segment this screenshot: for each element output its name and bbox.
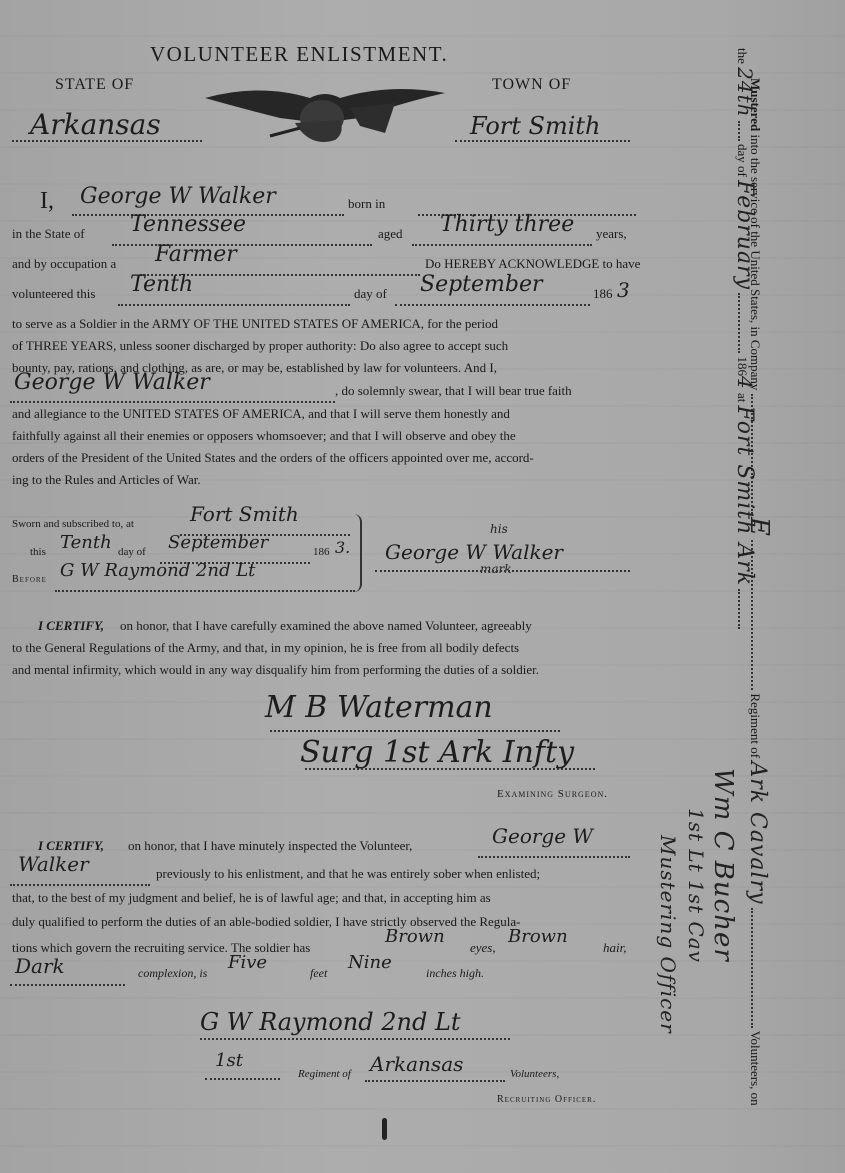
oath-1: , do solemnly swear, that I will bear tr… [335,383,572,399]
eyes-value: Brown [385,926,445,947]
muster-day-of-label: day of [735,144,750,177]
born-in-label: born in [348,196,385,212]
signature-his: his [490,522,508,536]
volunteer-name-line-2 [10,866,150,886]
sworn-day-of-label: day of [118,546,146,558]
signature-line [375,552,630,572]
age-line [412,226,592,246]
volunteer-name-line-1 [478,838,630,858]
intro-i: I, [40,188,54,215]
day-line [118,286,350,306]
muster-officer-title-2: Mustering Officer [656,835,680,836]
month-line [395,286,590,306]
muster-officer-col-2: 1st Lt 1st Cav [708,808,709,809]
before-label: Before [12,574,47,585]
before-line [55,572,355,592]
state-label: STATE OF [55,76,134,94]
eagle-emblem-icon [200,78,450,148]
paragraph-1: to serve as a Soldier in the ARMY OF THE… [12,316,498,332]
inches-label: inches high. [426,966,484,981]
recruiter-role: Recruiting Officer. [497,1094,596,1105]
muster-the-label: the [735,48,750,64]
inches-value: Nine [348,952,392,973]
year-suffix: 3 [617,278,630,302]
year-prefix: 186 [593,286,613,302]
sworn-year-suffix: 3. [335,538,350,557]
oath-4: orders of the President of the United St… [12,450,534,466]
regiment-state-line [365,1062,505,1082]
sworn-day-value: Tenth [60,532,112,553]
aged-label: aged [378,226,403,242]
hair-label: hair, [603,940,626,956]
complexion-label: complexion, is [138,966,207,981]
muster-at-label: at [735,393,750,402]
oath-5: ing to the Rules and Articles of War. [12,472,201,488]
surgeon-certify-lead: I CERTIFY, [38,618,104,634]
surgeon-sig-line [270,712,560,732]
sworn-year-prefix: 186 [313,546,330,558]
eyes-label: eyes, [470,940,496,956]
town-line [455,122,630,142]
paragraph-2: of THREE YEARS, unless sooner discharged… [12,338,508,354]
regiment-label: Regiment of [298,1068,351,1080]
sworn-bracket [352,514,362,592]
years-label: years, [596,226,627,242]
muster-regiment-label: Regiment of [748,693,763,758]
volunteers-label: Volunteers, [510,1068,559,1080]
hair-value: Brown [508,926,568,947]
muster-officer-title-1: 1st Lt 1st Cav [684,808,708,809]
muster-officer-col-3: Mustering Officer [680,835,681,836]
feet-value: Five [228,952,267,973]
muster-column-2: the 24th day of February 1864 at Fort Sm… [757,48,758,49]
occupation-label: and by occupation a [12,256,116,272]
surgeon-text-3: and mental infirmity, which would in any… [12,662,539,678]
recruiter-text-1: on honor, that I have minutely inspected… [128,838,412,854]
surgeon-title-line [305,750,595,770]
muster-year-prefix: 186 [735,357,750,377]
state-line [12,122,202,142]
volunteered-label: volunteered this [12,286,95,302]
muster-officer-name: Wm C Bucher [708,768,738,769]
oath-2: and allegiance to the UNITED STATES OF A… [12,406,510,422]
surgeon-text-2: to the General Regulations of the Army, … [12,640,519,656]
recruiter-text-3: that, to the best of my judgment and bel… [12,890,491,906]
sworn-at-label: Sworn and subscribed to, at [12,518,134,530]
recruiter-sig-line [200,1020,510,1040]
town-label: TOWN OF [492,76,571,94]
day-of-label: day of [354,286,387,302]
state-line-2 [112,226,372,246]
muster-month-value: February [732,180,757,290]
regiment-number-line [205,1060,280,1080]
feet-label: feet [310,966,327,981]
muster-regiment-value: Ark Cavalry [745,761,770,904]
muster-at-value: Fort Smith Ark [732,406,757,586]
muster-officer-col-1: Wm C Bucher [738,768,739,769]
complexion-line [10,966,125,986]
recruiter-text-2: previously to his enlistment, and that h… [156,866,540,882]
muster-year-suffix: 4 [733,376,757,390]
oath-name-line [10,383,335,403]
surgeon-role: Examining Surgeon. [497,788,608,800]
muster-volunteers-label: Volunteers, on [748,1031,763,1106]
state-of-label: in the State of [12,226,85,242]
acknowledge-text: Do HEREBY ACKNOWLEDGE to have [425,256,640,272]
muster-column-1: Mustered into the service of the United … [774,78,775,79]
oath-3: faithfully against all their enemies or … [12,428,516,444]
muster-day-value: 24th [733,67,757,117]
document-title: VOLUNTEER ENLISTMENT. [150,42,448,67]
ink-mark [382,1118,387,1140]
surgeon-text-1: on honor, that I have carefully examined… [120,618,532,634]
sworn-this-label: this [30,546,46,558]
